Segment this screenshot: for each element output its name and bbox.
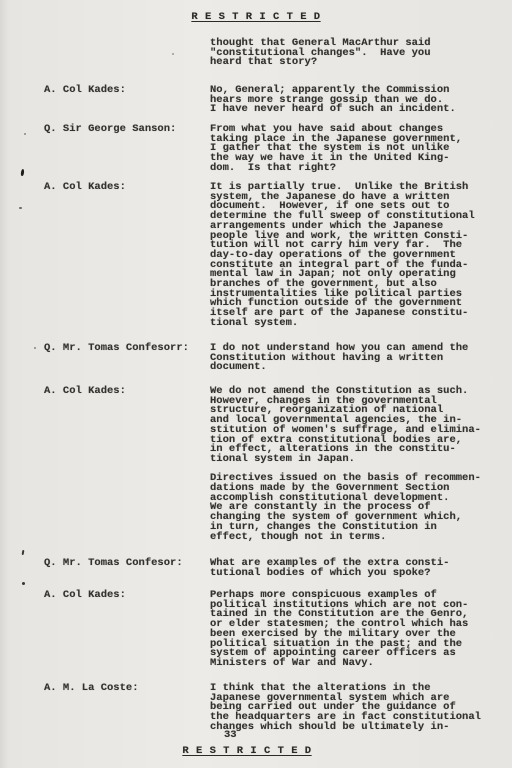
document-page: R E S T R I C T E D thought that General… — [0, 0, 512, 768]
entry-text: No, General; apparently the Commission h… — [210, 86, 512, 115]
transcript-entry: A. Col Kades: Perhaps more conspicuous e… — [44, 591, 512, 669]
ink-mark — [21, 169, 25, 176]
ink-mark — [22, 582, 25, 585]
transcript-entry: thought that General MacArthur said "con… — [44, 39, 512, 68]
classification-footer: R E S T R I C T E D — [0, 747, 503, 757]
entry-text: It is partially true. Unlike the British… — [210, 183, 512, 329]
scan-speck — [172, 53, 174, 55]
scan-speck — [19, 207, 22, 209]
ink-mark — [22, 550, 25, 555]
speaker-label: A. Col Kades: — [44, 183, 210, 193]
transcript-entry: A. M. La Coste: I think that the alterat… — [44, 684, 512, 733]
transcript-entry: Q. Sir George Sanson: From what you have… — [44, 125, 512, 174]
transcript-entry: A. Col Kades: No, General; apparently th… — [44, 86, 512, 115]
speaker-label: A. Col Kades: — [44, 387, 210, 397]
entry-text: I do not understand how you can amend th… — [210, 344, 512, 373]
transcript-entry: Q. Mr. Tomas Confesorr: I do not underst… — [44, 344, 512, 373]
entry-text: I think that the alterations in the Japa… — [210, 684, 512, 733]
scan-speck — [24, 133, 26, 135]
transcript-entry: A. Col Kades: It is partially true. Unli… — [44, 183, 512, 329]
classification-header: R E S T R I C T E D — [0, 13, 512, 23]
entry-text: From what you have said about changes ta… — [210, 125, 512, 174]
transcript-entry: A. Col Kades: We do not amend the Consti… — [44, 387, 512, 542]
transcript-entry: Q. Mr. Tomas Confesor: What are examples… — [44, 559, 512, 578]
speaker-label: A. M. La Coste: — [44, 684, 210, 694]
entry-text: Perhaps more conspicuous examples of pol… — [210, 591, 512, 669]
page-number: 33 — [224, 731, 237, 741]
entry-text: What are examples of the extra consti- t… — [210, 559, 512, 578]
speaker-label: Q. Sir George Sanson: — [44, 125, 210, 135]
speaker-label: A. Col Kades: — [44, 591, 210, 601]
entry-text: thought that General MacArthur said "con… — [210, 39, 512, 68]
speaker-label: Q. Mr. Tomas Confesorr: — [44, 344, 210, 354]
scan-speck — [34, 347, 36, 349]
entry-text: We do not amend the Constitution as such… — [210, 387, 512, 542]
speaker-label: A. Col Kades: — [44, 86, 210, 96]
speaker-label: Q. Mr. Tomas Confesor: — [44, 559, 210, 569]
